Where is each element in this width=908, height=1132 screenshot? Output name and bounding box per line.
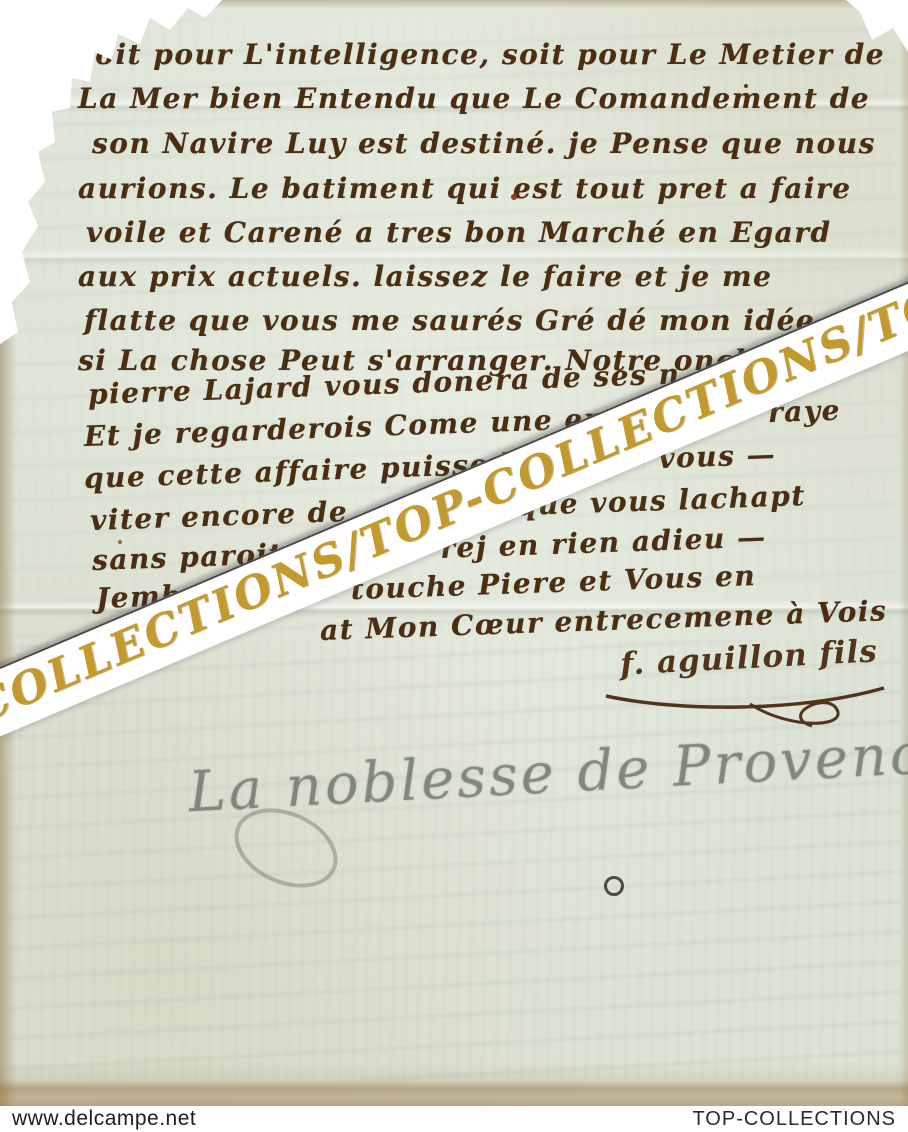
letter-line: son Navire Luy est destiné. je Pense que… bbox=[92, 127, 876, 161]
website-url: www.delcampe.net bbox=[12, 1107, 196, 1131]
ink-speck bbox=[511, 194, 517, 200]
ink-blot bbox=[604, 876, 624, 896]
letter-line: aux prix actuels. laissez le faire et je… bbox=[78, 260, 772, 294]
pencil-flourish bbox=[216, 788, 366, 908]
letter-line: La Mer bien Entendu que Le Comandement d… bbox=[78, 82, 870, 116]
paper-edge-bottom bbox=[0, 1062, 908, 1108]
footer-bar: www.delcampe.net TOP-COLLECTIONS bbox=[0, 1106, 908, 1132]
letter-line: flatte que vous me saurés Gré dé mon idé… bbox=[84, 304, 815, 338]
brand-name: TOP-COLLECTIONS bbox=[692, 1108, 896, 1131]
scanned-letter-image: soit pour L'intelligence, soit pour Le M… bbox=[0, 0, 908, 1132]
ink-speck bbox=[744, 84, 748, 88]
ink-speck bbox=[118, 540, 122, 544]
letter-line: voile et Carené a tres bon Marché en Ega… bbox=[86, 216, 832, 250]
letter-line: soit pour L'intelligence, soit pour Le M… bbox=[78, 38, 885, 72]
letter-line: aurions. Le batiment qui est tout pret a… bbox=[78, 172, 852, 206]
paper-edge-right bbox=[899, 0, 908, 1108]
